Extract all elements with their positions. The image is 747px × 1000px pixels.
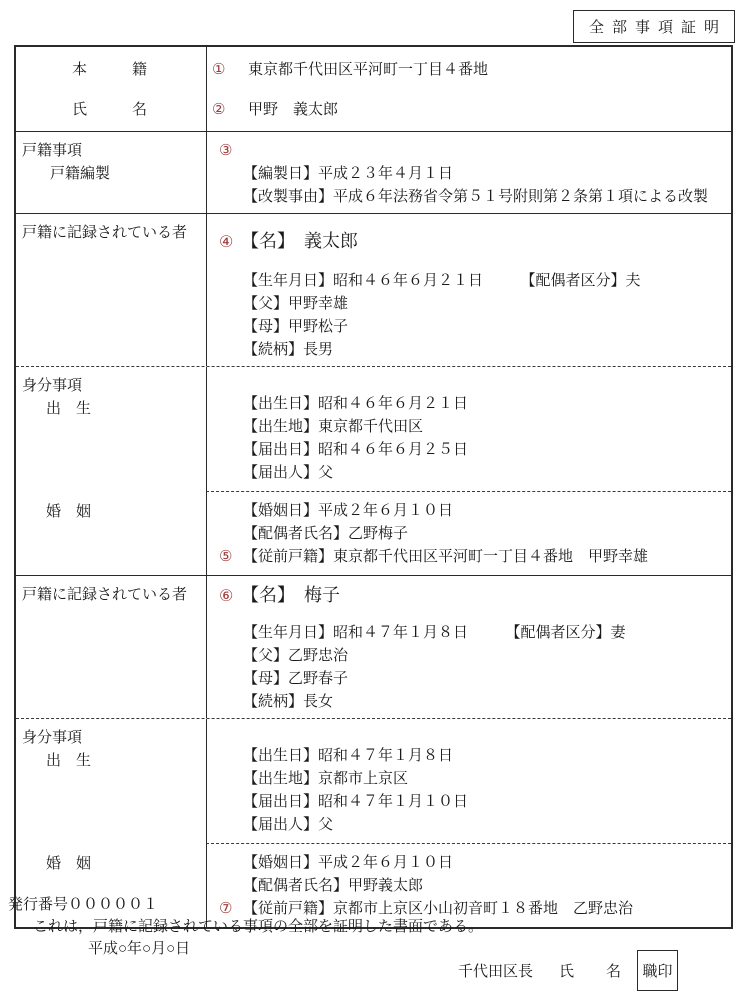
official-seal-label: 職印: [643, 960, 673, 981]
row-person-1-events: 身分事項 出 生 【出生日】昭和４６年６月２１日 【出生地】東京都千代田区 【届…: [16, 366, 731, 575]
circled-number-2: ②: [212, 99, 248, 122]
person-2-name-line: ⑥【名】 梅子: [219, 582, 723, 610]
personal-status-label-2: 身分事項: [22, 727, 202, 750]
row-person-2: 戸籍に記録されている者 ⑥【名】 梅子 【生年月日】昭和４７年１月８日 【配偶者…: [16, 575, 731, 718]
domicile-value-line: ①東京都千代田区平河町一丁目４番地: [212, 59, 723, 82]
spouse-name-line-1: 【配偶者氏名】乙野梅子: [243, 523, 723, 546]
person-2-attributes: 【生年月日】昭和４７年１月８日 【配偶者区分】妻 【父】乙野忠治 【母】乙野春子…: [219, 622, 723, 714]
person-2-events-labels: 身分事項 出 生: [16, 719, 206, 843]
former-register-value-1: 【従前戸籍】東京都千代田区平河町一丁目４番地 甲野幸雄: [243, 549, 648, 565]
former-register-line-1: ⑤【従前戸籍】東京都千代田区平河町一丁目４番地 甲野幸雄: [219, 546, 723, 569]
birth-label-2: 出 生: [46, 750, 202, 773]
person-recorded-label: 戸籍に記録されている者: [22, 222, 202, 245]
person-1-events-labels: 身分事項 出 生: [16, 367, 206, 491]
notify-date-line-2: 【届出日】昭和４７年１月１０日: [243, 791, 723, 814]
marriage-label-1: 婚 姻: [46, 501, 202, 524]
register-compilation-label: 戸籍編製: [50, 163, 202, 186]
circled-number-3: ③: [219, 140, 243, 163]
circled-number-3-line: ③: [219, 140, 723, 163]
person-1-marriage-details: 【婚姻日】平成２年６月１０日 【配偶者氏名】乙野梅子 ⑤【従前戸籍】東京都千代田…: [206, 491, 731, 575]
family-name-label: 氏 名: [72, 99, 202, 122]
person-1-label-cell: 戸籍に記録されている者: [16, 214, 206, 366]
person-2-birthdate-line: 【生年月日】昭和４７年１月８日 【配偶者区分】妻: [243, 622, 723, 645]
person-1-marriage-label-cell: 婚 姻: [16, 491, 206, 575]
person-2-mother-line: 【母】乙野春子: [243, 668, 723, 691]
domicile-name-values: ①東京都千代田区平河町一丁目４番地 ②甲野 義太郎: [206, 47, 731, 131]
domicile-label: 本 籍: [72, 59, 202, 82]
row-person-1: 戸籍に記録されている者 ④【名】 義太郎 【生年月日】昭和４６年６月２１日 【配…: [16, 213, 731, 366]
person-2-given-name: 【名】 梅子: [241, 585, 340, 605]
circled-number-5: ⑤: [219, 546, 243, 569]
circled-number-4: ④: [219, 230, 241, 256]
revision-reason-line: 【改製事由】平成６年法務省令第５１号附則第２条第１項による改製: [243, 186, 723, 209]
person-1-given-name: 【名】 義太郎: [241, 231, 358, 251]
birth-place-line-1: 【出生地】東京都千代田区: [243, 416, 723, 439]
mayor-signature-block: 千代田区長 氏 名 職印: [458, 950, 678, 991]
certificate-title-box: 全部事項証明: [573, 10, 735, 43]
person-recorded-label-2: 戸籍に記録されている者: [22, 584, 202, 607]
person-2-father-line: 【父】乙野忠治: [243, 645, 723, 668]
domicile-address: 東京都千代田区平河町一丁目４番地: [248, 62, 488, 78]
notifier-line-1: 【届出人】父: [243, 462, 723, 485]
person-1-attributes: 【生年月日】昭和４６年６月２１日 【配偶者区分】夫 【父】甲野幸雄 【母】甲野松…: [219, 270, 723, 362]
circled-number-6: ⑥: [219, 584, 241, 610]
person-1-father-line: 【父】甲野幸雄: [243, 293, 723, 316]
person-2-label-cell: 戸籍に記録されている者: [16, 576, 206, 718]
person-1-name-line: ④【名】 義太郎: [219, 228, 723, 256]
circled-number-1: ①: [212, 59, 248, 82]
birth-label-1: 出 生: [46, 398, 202, 421]
certification-statement: これは，戸籍に記録されている事項の全部を証明した書面である。: [33, 915, 483, 936]
issue-number: 発行番号０００００１: [8, 893, 158, 914]
row-domicile-name: 本 籍 氏 名 ①東京都千代田区平河町一丁目４番地 ②甲野 義太郎: [16, 47, 731, 131]
person-2-birth-details: 【出生日】昭和４７年１月８日 【出生地】京都市上京区 【届出日】昭和４７年１月１…: [206, 719, 731, 843]
person-1-details-cell: ④【名】 義太郎 【生年月日】昭和４６年６月２１日 【配偶者区分】夫 【父】甲野…: [206, 214, 731, 366]
mayor-title: 千代田区長: [458, 960, 533, 981]
mayor-givenname-placeholder: 名: [606, 960, 621, 981]
notify-date-line-1: 【届出日】昭和４６年６月２５日: [243, 439, 723, 462]
personal-status-label-1: 身分事項: [22, 375, 202, 398]
marriage-date-line-1: 【婚姻日】平成２年６月１０日: [243, 500, 723, 523]
person-1-mother-line: 【母】甲野松子: [243, 316, 723, 339]
spouse-name-line-2: 【配偶者氏名】甲野義太郎: [243, 875, 723, 898]
person-2-relation-line: 【続柄】長女: [243, 691, 723, 714]
issue-date: 平成○年○月○日: [88, 937, 190, 958]
official-seal-box: 職印: [637, 950, 678, 991]
person-1-relation-line: 【続柄】長男: [243, 339, 723, 362]
row-register-matters: 戸籍事項 戸籍編製 ③ 【編製日】平成２３年４月１日 【改製事由】平成６年法務省…: [16, 131, 731, 213]
koseki-certificate-page: 全部事項証明 本 籍 氏 名 ①東京都千代田区平河町一丁目４番地 ②甲野 義太郎…: [0, 0, 747, 1000]
domicile-name-labels: 本 籍 氏 名: [16, 47, 206, 131]
person-2-details-cell: ⑥【名】 梅子 【生年月日】昭和４７年１月８日 【配偶者区分】妻 【父】乙野忠治…: [206, 576, 731, 718]
marriage-date-line-2: 【婚姻日】平成２年６月１０日: [243, 852, 723, 875]
family-name-value: 甲野 義太郎: [248, 102, 338, 118]
birth-place-line-2: 【出生地】京都市上京区: [243, 768, 723, 791]
family-name-value-line: ②甲野 義太郎: [212, 99, 723, 122]
register-matters-values: ③ 【編製日】平成２３年４月１日 【改製事由】平成６年法務省令第５１号附則第２条…: [206, 132, 731, 213]
notifier-line-2: 【届出人】父: [243, 814, 723, 837]
person-1-birth-details: 【出生日】昭和４６年６月２１日 【出生地】東京都千代田区 【届出日】昭和４６年６…: [206, 367, 731, 491]
register-matters-labels: 戸籍事項 戸籍編製: [16, 132, 206, 213]
marriage-label-2: 婚 姻: [46, 853, 202, 876]
register-matters-label: 戸籍事項: [22, 140, 202, 163]
birth-date-line-1: 【出生日】昭和４６年６月２１日: [243, 393, 723, 416]
compilation-date-line: 【編製日】平成２３年４月１日: [243, 163, 723, 186]
mayor-surname-placeholder: 氏: [559, 960, 574, 981]
register-table: 本 籍 氏 名 ①東京都千代田区平河町一丁目４番地 ②甲野 義太郎 戸籍事項 戸…: [14, 45, 733, 929]
birth-date-line-2: 【出生日】昭和４７年１月８日: [243, 745, 723, 768]
certificate-title: 全部事項証明: [581, 16, 727, 37]
person-1-birthdate-line: 【生年月日】昭和４６年６月２１日 【配偶者区分】夫: [243, 270, 723, 293]
